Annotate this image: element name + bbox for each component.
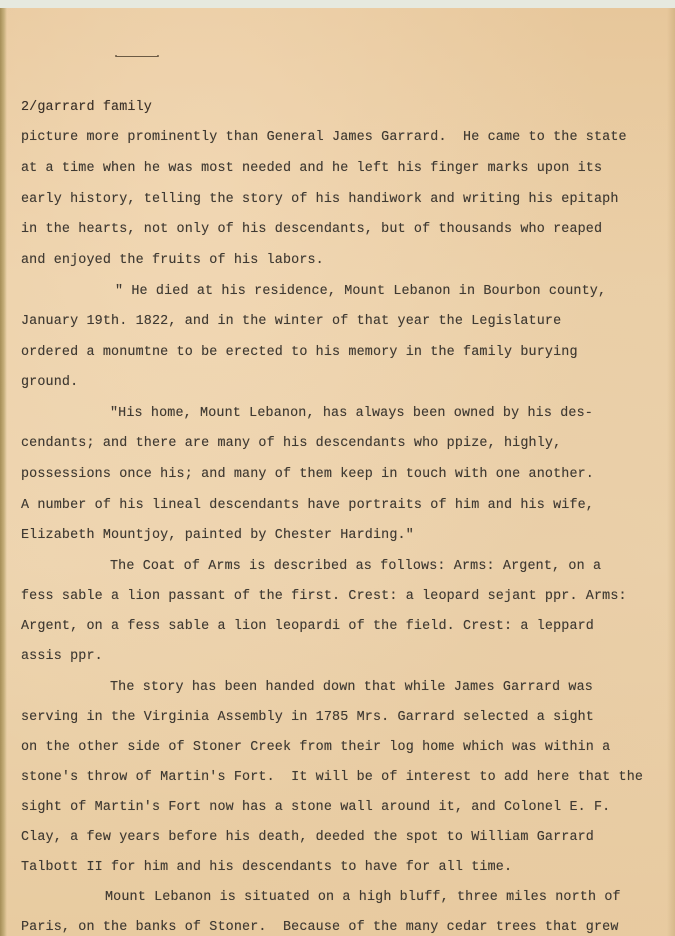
text-line-25: Talbott II for him and his descendants t… [21,860,512,875]
page-text: 2/garrard family picture more prominentl… [0,8,33,548]
page-header: 2/garrard family [21,100,152,115]
text-line-18: assis ppr. [21,649,103,664]
text-line-15: The Coat of Arms is described as follows… [110,559,601,574]
text-line-2: at a time when he was most needed and he… [21,161,602,176]
text-line-7: January 19th. 1822, and in the winter of… [21,314,561,329]
text-line-22: stone's throw of Martin's Fort. It will … [21,770,643,785]
text-line-6: " He died at his residence, Mount Lebano… [115,284,606,299]
text-line-21: on the other side of Stoner Creek from t… [21,740,610,755]
text-line-1: picture more prominently than General Ja… [21,130,627,145]
text-line-3: early history, telling the story of his … [21,192,619,207]
text-line-14: Elizabeth Mountjoy, painted by Chester H… [21,528,414,543]
text-line-5: and enjoyed the fruits of his labors. [21,253,324,268]
text-line-23: sight of Martin's Fort now has a stone w… [21,800,610,815]
text-line-17: Argent, on a fess sable a lion leopardi … [21,619,594,634]
text-line-24: Clay, a few years before his death, deed… [21,830,594,845]
text-line-27: Paris, on the banks of Stoner. Because o… [21,920,619,935]
text-line-16: fess sable a lion passant of the first. … [21,589,627,604]
page-right-shadow [667,8,675,936]
text-line-4: in the hearts, not only of his descendan… [21,222,602,237]
text-line-26: Mount Lebanon is situated on a high bluf… [105,890,621,905]
pencil-dash-mark [116,56,158,58]
text-line-11: cendants; and there are many of his desc… [21,436,561,451]
text-line-13: A number of his lineal descendants have … [21,498,594,513]
text-line-12: possessions once his; and many of them k… [21,467,594,482]
text-line-9: ground. [21,375,78,390]
text-line-8: ordered a monumtne to be erected to his … [21,345,578,360]
text-line-19: The story has been handed down that whil… [110,680,593,695]
typewritten-page: 2/garrard family picture more prominentl… [0,8,675,936]
text-line-10: "His home, Mount Lebanon, has always bee… [110,406,593,421]
text-line-20: serving in the Virginia Assembly in 1785… [21,710,594,725]
